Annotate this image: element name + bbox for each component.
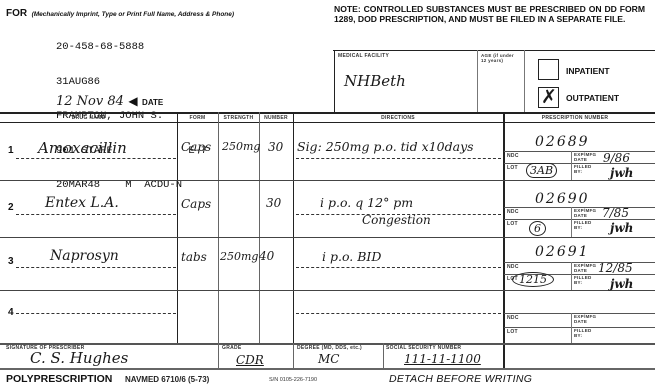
- outpatient-label: OUTPATIENT: [566, 93, 619, 103]
- form-field[interactable]: Caps: [181, 140, 211, 154]
- for-instruction: (Mechanically Imprint, Type or Print Ful…: [32, 11, 235, 18]
- exp-date-value[interactable]: 9/86: [603, 151, 630, 165]
- number-field[interactable]: 30: [266, 196, 281, 210]
- filled-by-label: FILLED BY:: [574, 220, 594, 230]
- ndc-label: NDC: [507, 264, 519, 270]
- rx-number[interactable]: 02689: [535, 134, 590, 150]
- filled-by-label: FILLED BY:: [574, 164, 594, 174]
- ssn-label: SOCIAL SECURITY NUMBER: [386, 345, 461, 351]
- ssn-field[interactable]: 111-11-1100: [404, 352, 481, 366]
- date-field[interactable]: 12 Nov 84 ◀ DATE: [56, 92, 163, 110]
- imprint-line-expiry: 31AUG86: [56, 77, 207, 89]
- exp-date-label: EXP/MFG DATE: [574, 263, 600, 273]
- lot-label: LOT: [507, 165, 518, 171]
- form-title: POLYPRESCRIPTION: [6, 373, 112, 385]
- grade-field[interactable]: CDR: [236, 353, 264, 367]
- date-arrow-icon: ◀: [128, 94, 137, 108]
- number-field[interactable]: 30: [268, 140, 283, 154]
- imprint-line-dob-status: 20MAR48 M ACDU-N: [56, 180, 207, 192]
- header-directions: DIRECTIONS: [293, 115, 503, 121]
- medical-facility-value[interactable]: NHBeth: [344, 72, 406, 90]
- header-number: NUMBER: [259, 115, 293, 121]
- row-index: 1: [8, 145, 14, 156]
- ndc-label: NDC: [507, 315, 519, 321]
- ndc-label: NDC: [507, 153, 519, 159]
- inpatient-label: INPATIENT: [566, 66, 610, 76]
- filled-by-label: FILLED BY:: [574, 328, 594, 338]
- drug-name-field[interactable]: Entex L.A.: [45, 195, 119, 211]
- controlled-substances-note: NOTE: CONTROLLED SUBSTANCES MUST BE PRES…: [334, 4, 645, 25]
- patient-imprint: 20-458-68-5888 31AUG86 FRAMPTON, JOHN S.…: [56, 19, 207, 203]
- inpatient-checkbox[interactable]: [538, 59, 559, 80]
- filled-by-value[interactable]: jwh: [610, 221, 633, 235]
- lot-label: LOT: [507, 221, 518, 227]
- filled-by-value[interactable]: jwh: [610, 277, 633, 291]
- lot-label: LOT: [507, 329, 518, 335]
- for-label: FOR: [6, 8, 27, 19]
- age-field[interactable]: [481, 66, 521, 106]
- filled-by-value[interactable]: jwh: [610, 166, 633, 180]
- strength-field[interactable]: 250mg: [220, 250, 258, 263]
- ndc-label: NDC: [507, 209, 519, 215]
- signature-field[interactable]: C. S. Hughes: [30, 349, 128, 367]
- filled-by-label: FILLED BY:: [574, 275, 594, 285]
- grade-label: GRADE: [222, 345, 242, 351]
- lot-value[interactable]: 3AB: [526, 163, 557, 178]
- drug-name-field[interactable]: Naprosyn: [50, 248, 119, 264]
- header-prescription-number: PRESCRIPTION NUMBER: [505, 115, 645, 121]
- age-label: AGE (if under 12 years): [481, 53, 521, 63]
- degree-field[interactable]: MC: [318, 352, 339, 366]
- rx-number[interactable]: 02691: [535, 244, 590, 260]
- header-strength: STRENGTH: [218, 115, 259, 121]
- rx-number[interactable]: 02690: [535, 191, 590, 207]
- form-field[interactable]: Caps: [181, 197, 211, 211]
- strength-field[interactable]: 250mg: [222, 140, 260, 153]
- drug-name-field[interactable]: Amoxacillin: [38, 139, 127, 157]
- date-value: 12 Nov 84: [56, 94, 124, 109]
- exp-date-label: EXP/MFG DATE: [574, 314, 600, 324]
- header-drug-name: DRUG NAME: [0, 115, 177, 121]
- medical-facility-label: MEDICAL FACILITY: [338, 53, 389, 59]
- directions-field[interactable]: i p.o. BID: [322, 249, 381, 264]
- exp-date-label: EXP/MFG DATE: [574, 152, 600, 162]
- row-index: 4: [8, 307, 14, 318]
- number-field[interactable]: 40: [259, 249, 274, 263]
- outpatient-checkbox[interactable]: ✗: [538, 87, 559, 108]
- directions-field[interactable]: Sig: 250mg p.o. tid x10days: [297, 139, 474, 154]
- imprint-line-ssn: 20-458-68-5888: [56, 42, 207, 54]
- exp-date-label: EXP/MFG DATE: [574, 208, 600, 218]
- date-label: DATE: [142, 98, 163, 107]
- exp-date-value[interactable]: 7/85: [602, 206, 629, 220]
- exp-date-value[interactable]: 12/85: [598, 261, 633, 275]
- lot-value[interactable]: 1215: [512, 272, 554, 287]
- form-number: NAVMED 6710/6 (5-73): [125, 375, 209, 384]
- directions-field-line2[interactable]: Congestion: [362, 213, 431, 227]
- checkmark-icon: ✗: [541, 86, 557, 108]
- header-form: FORM: [177, 115, 218, 121]
- detach-notice: DETACH BEFORE WRITING: [389, 373, 532, 385]
- degree-label: DEGREE (MD, DDS, etc.): [297, 345, 362, 351]
- directions-field[interactable]: i p.o. q 12° pm: [320, 195, 413, 210]
- row-index: 3: [8, 256, 14, 267]
- stock-number: S/N 0105-226-7190: [269, 377, 317, 383]
- lot-value[interactable]: 6: [529, 221, 546, 236]
- row-index: 2: [8, 202, 14, 213]
- form-field[interactable]: tabs: [181, 250, 207, 264]
